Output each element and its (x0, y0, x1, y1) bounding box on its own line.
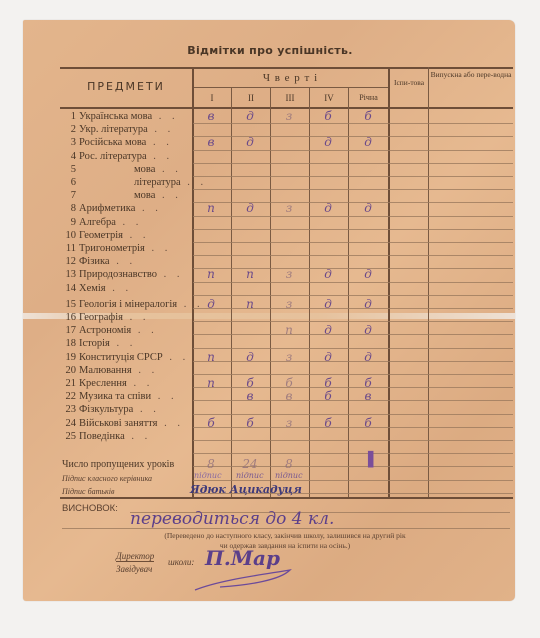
subject-number: 18 (62, 337, 76, 350)
grade-cell: п (193, 351, 229, 364)
subject-name: мова (134, 190, 155, 201)
leader-dots: . . (123, 230, 150, 241)
subject-number: 5 (62, 163, 76, 176)
subject-name: Історія (79, 338, 110, 349)
teacher-signature-q3: підпис (275, 471, 303, 480)
conclusion-note-1: (Переведено до наступного класу, закінчи… (60, 531, 510, 540)
subject-number: 1 (62, 110, 76, 123)
subject-name: Військові заняття (79, 418, 157, 429)
subject-name: Малювання (79, 365, 132, 376)
grade-cell: д (232, 110, 268, 123)
row-line (193, 123, 513, 124)
conclusion-line-2 (62, 528, 510, 529)
subject-name: Тригонометрія (79, 243, 145, 254)
subject-name: Рос. література (79, 151, 147, 162)
subject-number: 21 (62, 377, 76, 390)
grade-cell: п (271, 324, 307, 337)
row-line (193, 282, 513, 283)
subject-number: 17 (62, 324, 76, 337)
grade-cell: д (310, 268, 346, 281)
subject-row: 10Геометрія . . (62, 229, 150, 242)
leader-dots: . . (132, 365, 159, 376)
subject-row: 16Географія . . (62, 311, 149, 324)
subject-row: 23Фізкультура . . (62, 403, 160, 416)
grade-cell: д (310, 202, 346, 215)
subject-name: Хемія (79, 283, 106, 294)
row-line (193, 229, 513, 230)
conclusion-value: переводиться до 4 кл. (130, 509, 334, 529)
parent-signature-label: Підпис батьків (62, 487, 114, 496)
grade-cell: б (310, 417, 346, 430)
grade-cell: б (350, 110, 386, 123)
grade-cell: д (232, 136, 268, 149)
subject-number: 11 (62, 242, 76, 255)
table-bottom-border (60, 497, 513, 499)
row-line (193, 242, 513, 243)
leader-dots: . . (127, 378, 154, 389)
signature-flourish (190, 565, 300, 595)
subject-row: 3Російська мова . . (62, 136, 173, 149)
grade-cell: д (310, 136, 346, 149)
missed-q1: 8 (193, 458, 229, 471)
row-line (193, 150, 513, 151)
subject-name: Музика та співи (79, 391, 151, 402)
grade-cell: в (350, 390, 386, 403)
grade-cell: д (350, 202, 386, 215)
teacher-signature-q1: підпис (194, 471, 222, 480)
grade-cell: б (350, 417, 386, 430)
leader-dots: . . (155, 190, 182, 201)
grade-cell: з (271, 417, 307, 430)
leader-dots: . . (152, 111, 179, 122)
row-line (193, 453, 513, 454)
subject-number: 16 (62, 311, 76, 324)
subject-number: 15 (62, 298, 76, 311)
grade-cell: з (271, 110, 307, 123)
grade-cell: д (310, 298, 346, 311)
subject-row: 2Укр. література . . (62, 123, 174, 136)
grade-cell: п (193, 202, 229, 215)
subject-number: 20 (62, 364, 76, 377)
subject-row: 9Алгебра . . (62, 216, 142, 229)
subject-number: 14 (62, 282, 76, 295)
grade-cell: з (271, 298, 307, 311)
subject-number: 12 (62, 255, 76, 268)
subject-row: 11Тригонометрія . . (62, 242, 171, 255)
leader-dots: . . (125, 431, 152, 442)
grade-cell: д (310, 324, 346, 337)
quarter-4-header: IV (310, 93, 348, 103)
grade-cell: п (232, 298, 268, 311)
subject-name: Українська мова (79, 111, 152, 122)
grade-cell: б (310, 390, 346, 403)
grade-cell: б (193, 417, 229, 430)
subject-name: Географія (79, 312, 123, 323)
row-line (193, 348, 513, 349)
subject-name: Природознавство (79, 269, 157, 280)
grade-cell: в (193, 136, 229, 149)
grade-cell: д (350, 351, 386, 364)
grade-cell: п (232, 268, 268, 281)
quarter-subheader-line (193, 87, 388, 88)
subject-name: Російська мова (79, 137, 146, 148)
subject-name: Геометрія (79, 230, 123, 241)
column-divider (270, 87, 271, 497)
grade-cell: д (232, 202, 268, 215)
grade-cell: б (232, 417, 268, 430)
leader-dots: . . (163, 352, 190, 363)
row-line (193, 163, 513, 164)
grade-cell: в (271, 390, 307, 403)
subject-row: 1Українська мова . . (62, 110, 179, 123)
ink-mark: ▌ (368, 452, 379, 468)
subject-number: 7 (62, 189, 76, 202)
leader-dots: . . (133, 404, 160, 415)
subject-number: 8 (62, 202, 76, 215)
subject-number: 22 (62, 390, 76, 403)
subject-name: Фізкультура (79, 404, 133, 415)
subject-number: 10 (62, 229, 76, 242)
subject-row: 22Музика та співи . . (62, 390, 178, 403)
subjects-header: ПРЕДМЕТИ (60, 80, 192, 93)
grade-cell: п (193, 268, 229, 281)
page-title: Відмітки про успішність. (0, 44, 540, 57)
leader-dots: . . (151, 391, 178, 402)
subject-name: Астрономія (79, 325, 131, 336)
quarter-3-header: III (271, 93, 309, 103)
grade-cell: д (350, 136, 386, 149)
subject-name: Алгебра (79, 217, 116, 228)
subject-row: 6література . . (62, 176, 207, 189)
row-line (193, 414, 513, 415)
leader-dots: . . (147, 151, 174, 162)
missed-lessons-label: Число пропущених уроків (62, 458, 174, 471)
subject-row: 25Поведінка . . (62, 430, 151, 443)
grade-cell: д (193, 298, 229, 311)
subject-name: Геологія і мінералогія (79, 299, 177, 310)
leader-dots: . . (181, 177, 208, 188)
subject-number: 4 (62, 150, 76, 163)
leader-dots: . . (106, 283, 133, 294)
subject-row: 12Фізика . . (62, 255, 136, 268)
column-divider (348, 87, 349, 497)
subject-number: 25 (62, 430, 76, 443)
graduation-header: Випускна або пере-водна (430, 70, 512, 79)
subject-row: 19Конституція СРСР . . (62, 351, 189, 364)
subject-number: 6 (62, 176, 76, 189)
parent-signature: Ядюк Ацикадуця (190, 483, 302, 496)
leader-dots: . . (135, 203, 162, 214)
subject-name: Креслення (79, 378, 127, 389)
row-line (193, 440, 513, 441)
leader-dots: . . (145, 243, 172, 254)
subject-name: Фізика (79, 256, 110, 267)
row-line (193, 189, 513, 190)
subject-row: 17Астрономія . . (62, 324, 158, 337)
grade-cell: п (193, 377, 229, 390)
conclusion-label: ВИСНОВОК: (62, 502, 118, 515)
row-line (193, 216, 513, 217)
quarter-2-header: II (232, 93, 270, 103)
grade-cell: д (350, 324, 386, 337)
table-top-border (60, 67, 513, 69)
grade-cell: з (271, 202, 307, 215)
leader-dots: . . (155, 164, 182, 175)
leader-dots: . . (146, 137, 173, 148)
leader-dots: . . (131, 325, 158, 336)
missed-q2: 24 (232, 458, 268, 471)
annual-header: Річна (349, 93, 388, 102)
subject-row: 8Арифметика . . (62, 202, 162, 215)
row-line (193, 374, 513, 375)
subject-number: 23 (62, 403, 76, 416)
grade-cell: в (232, 390, 268, 403)
subject-name: Конституція СРСР (79, 352, 163, 363)
exam-header: Іспи-това (392, 78, 426, 87)
subject-row: 20Малювання . . (62, 364, 158, 377)
subject-name: мова (134, 164, 155, 175)
grade-cell: б (310, 110, 346, 123)
row-line (193, 295, 513, 296)
leader-dots: . . (110, 256, 137, 267)
grade-cell: з (271, 351, 307, 364)
subject-row: 4Рос. література . . (62, 150, 173, 163)
leader-dots: . . (123, 312, 150, 323)
leader-dots: . . (157, 269, 184, 280)
row-line (193, 176, 513, 177)
director-label: Директор (116, 551, 154, 562)
subject-row: 21Креслення . . (62, 377, 153, 390)
subject-number: 3 (62, 136, 76, 149)
grade-cell: д (310, 351, 346, 364)
row-line (193, 255, 513, 256)
teacher-signature-q2: підпис (236, 471, 264, 480)
grade-cell: д (350, 298, 386, 311)
leader-dots: . . (157, 418, 184, 429)
subject-number: 2 (62, 123, 76, 136)
subject-name: Арифметика (79, 203, 135, 214)
grade-cell: з (271, 268, 307, 281)
leader-dots: . . (116, 217, 143, 228)
leader-dots: . . (110, 338, 137, 349)
teacher-signature-label: Підпис класного керівника (62, 474, 152, 483)
missed-q3: 8 (271, 458, 307, 471)
quarter-1-header: I (193, 93, 231, 103)
quarters-header: Ч в е р т і (193, 72, 388, 84)
subject-row: 15Геологія і мінералогія . . (62, 298, 204, 311)
subject-row: 5мова . . (62, 163, 182, 176)
conclusion-note-2: чи одержав завдання на іспити на осінь.) (60, 541, 510, 550)
leader-dots: . . (148, 124, 175, 135)
subject-number: 19 (62, 351, 76, 364)
subject-number: 13 (62, 268, 76, 281)
subject-row: 7мова . . (62, 189, 182, 202)
subject-row: 18Історія . . (62, 337, 136, 350)
row-line (193, 480, 513, 481)
grade-cell: д (350, 268, 386, 281)
subject-row: 13Природознавство . . (62, 268, 183, 281)
manager-label: Завідувач (116, 564, 152, 574)
subject-name: Поведінка (79, 431, 125, 442)
row-line (193, 321, 513, 322)
subject-name: Укр. література (79, 124, 148, 135)
subject-number: 24 (62, 417, 76, 430)
subject-name: література (134, 177, 181, 188)
subject-row: 14Хемія . . (62, 282, 132, 295)
subject-row: 24Військові заняття . . (62, 417, 184, 430)
subject-number: 9 (62, 216, 76, 229)
grade-cell: в (193, 110, 229, 123)
grade-cell: д (232, 351, 268, 364)
